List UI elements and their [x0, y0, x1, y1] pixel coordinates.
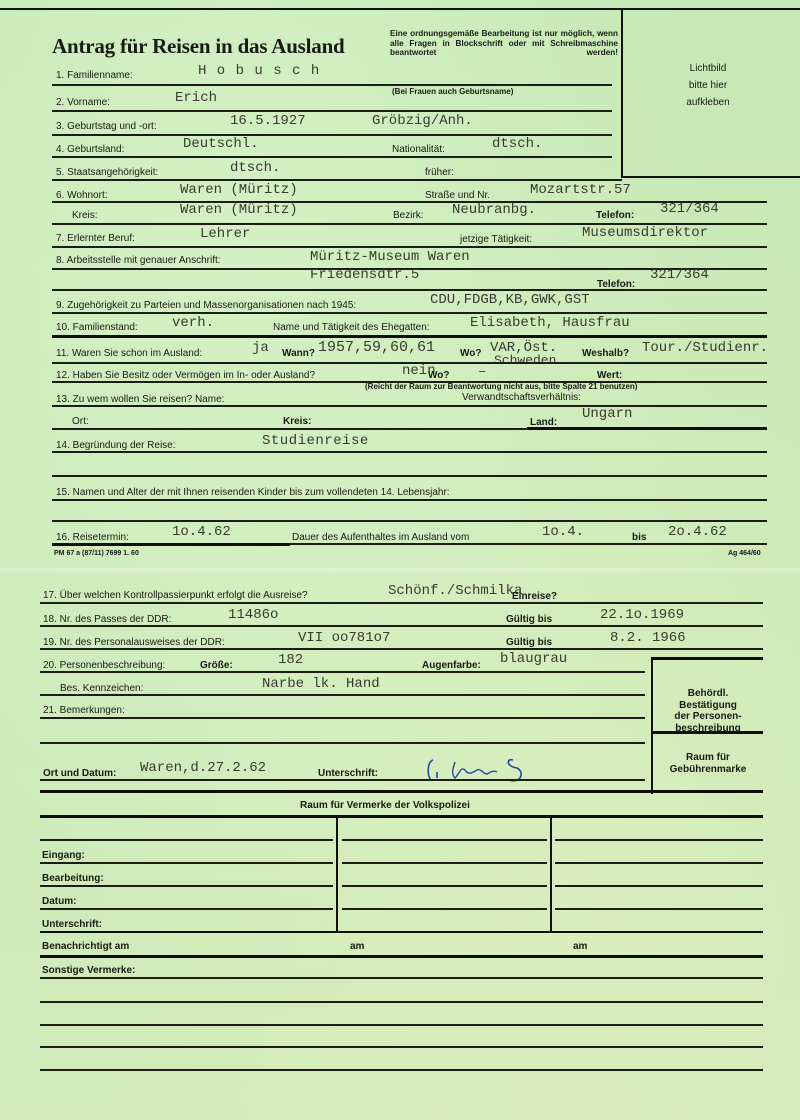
hint-geburtsname: (Bei Frauen auch Geburtsname) [392, 87, 513, 96]
label-dauer: Dauer des Aufenthaltes im Ausland vom [292, 532, 469, 543]
value-ausland[interactable]: ja [252, 340, 269, 356]
label-kreis: Kreis: [72, 210, 98, 221]
label-personenbeschreibung: 20. Personenbeschreibung: [43, 660, 165, 671]
label-wohnort: 6. Wohnort: [56, 190, 108, 201]
label-staatsangehoerigkeit: 5. Staatsangehörigkeit: [56, 167, 158, 178]
line [40, 779, 645, 781]
label-geburtstag: 3. Geburtstag und -ort: [56, 121, 157, 132]
line [52, 110, 612, 112]
line [40, 602, 763, 604]
label-ausweis-gueltig: Gültig bis [506, 637, 552, 648]
value-familienstand[interactable]: verh. [172, 315, 214, 331]
value-kreis[interactable]: Waren (Müritz) [180, 202, 298, 218]
label-zugehoerigkeit: 9. Zugehörigkeit zu Parteien und Masseno… [56, 300, 356, 311]
photo-box-text: Lichtbild bitte hier aufkleben [623, 60, 793, 111]
thick-line [40, 790, 763, 793]
line [555, 885, 763, 887]
line [52, 312, 767, 314]
line [555, 839, 763, 841]
line [40, 885, 333, 887]
line [40, 908, 333, 910]
line [40, 625, 763, 627]
label-reiseziel: 13. Zu wem wollen Sie reisen? Name: [56, 394, 224, 405]
line [52, 381, 767, 383]
label-geburtsland: 4. Geburtsland: [56, 144, 124, 155]
value-augenfarbe[interactable]: blaugrau [500, 651, 567, 667]
line [52, 405, 767, 407]
value-bis[interactable]: 2o.4.62 [668, 524, 727, 540]
label-ehegatte: Name und Tätigkeit des Ehegatten: [273, 322, 430, 333]
form-code-right: Ag 464/60 [728, 550, 761, 557]
line [52, 179, 622, 181]
value-besitz-wo[interactable]: – [478, 364, 486, 380]
label-bezirk: Bezirk: [393, 210, 424, 221]
line [40, 671, 645, 673]
line [52, 156, 612, 158]
value-geburtsland[interactable]: Deutschl. [183, 136, 259, 152]
label-frueher: früher: [425, 167, 454, 178]
label-nationalitaet: Nationalität: [392, 144, 445, 155]
value-wann[interactable]: 1957,59,60,61 [318, 339, 435, 356]
value-staatsangehoerigkeit[interactable]: dtsch. [230, 160, 280, 176]
line [52, 289, 767, 291]
line [40, 1046, 763, 1048]
label-unterschrift: Unterschrift: [318, 768, 378, 779]
line [40, 694, 645, 696]
value-ausweis[interactable]: VII oo781o7 [298, 630, 390, 646]
value-pass-gueltig[interactable]: 22.1o.1969 [600, 607, 684, 623]
label-wert: Wert: [597, 370, 622, 381]
line [40, 648, 763, 650]
box-personenbeschreibung: Behördl. Bestätigung der Personen- besch… [654, 688, 762, 734]
label-pass: 18. Nr. des Passes der DDR: [43, 614, 171, 625]
line [40, 717, 645, 719]
label-ausweis: 19. Nr. des Personalausweises der DDR: [43, 637, 225, 648]
label-bemerkungen: 21. Bemerkungen: [43, 705, 125, 716]
value-wohnort[interactable]: Waren (Müritz) [180, 182, 298, 198]
photo-box: Lichtbild bitte hier aufkleben [621, 8, 800, 178]
police-am-1: am [350, 941, 364, 952]
value-telefon-arbeit[interactable]: 321/364 [650, 267, 709, 283]
thick-line [52, 543, 290, 546]
value-taetigkeit[interactable]: Museumsdirektor [582, 225, 708, 241]
label-beruf: 7. Erlernter Beruf: [56, 233, 135, 244]
line [40, 839, 333, 841]
label-ausland: 11. Waren Sie schon im Ausland: [56, 348, 202, 359]
value-von[interactable]: 1o.4. [542, 524, 584, 540]
label-wann: Wann? [282, 348, 315, 359]
signature-icon [425, 752, 545, 786]
thick-line [52, 335, 767, 338]
police-title: Raum für Vermerke der Volkspolizei [300, 800, 470, 811]
value-wo-2[interactable]: Schweden [494, 353, 556, 368]
hint-spalte21: (Reicht der Raum zur Beantwortung nicht … [365, 382, 637, 391]
form-title: Antrag für Reisen in das Ausland [52, 34, 345, 59]
line [52, 499, 767, 501]
value-vorname[interactable]: Erich [175, 90, 217, 106]
line [40, 742, 645, 744]
value-geburtstag[interactable]: 16.5.1927 [230, 113, 306, 129]
label-kinder: 15. Namen und Alter der mit Ihnen reisen… [56, 487, 450, 498]
value-pass[interactable]: 11486o [228, 607, 278, 623]
line [52, 451, 767, 453]
label-ort-datum: Ort und Datum: [43, 768, 116, 779]
line [40, 1069, 763, 1071]
line [40, 862, 333, 864]
value-strasse[interactable]: Mozartstr.57 [530, 182, 631, 198]
value-beruf[interactable]: Lehrer [200, 226, 250, 242]
line [342, 862, 547, 864]
label-telefon: Telefon: [596, 210, 634, 221]
line [342, 908, 547, 910]
label-groesse: Größe: [200, 660, 233, 671]
police-row-unterschrift: Unterschrift: [42, 919, 102, 930]
label-begruendung: 14. Begründung der Reise: [56, 440, 176, 451]
label-kontrollpunkt: 17. Über welchen Kontrollpassierpunkt er… [43, 590, 308, 601]
label-einreise: Einreise? [512, 591, 557, 602]
value-bezirk[interactable]: Neubranbg. [452, 202, 536, 218]
fold-line [0, 568, 800, 576]
thick-line [651, 731, 763, 734]
label-familienstand: 10. Familienstand: [56, 322, 138, 333]
police-benachrichtigt: Benachrichtigt am [42, 941, 129, 952]
label-pass-gueltig: Gültig bis [506, 614, 552, 625]
label-augenfarbe: Augenfarbe: [422, 660, 481, 671]
line [52, 520, 767, 522]
value-begruendung[interactable]: Studienreise [262, 433, 369, 449]
column-divider [550, 817, 552, 932]
value-reisetermin[interactable]: 1o.4.62 [172, 524, 231, 540]
line [52, 475, 767, 477]
police-row-bearbeitung: Bearbeitung: [42, 873, 104, 884]
value-land[interactable]: Ungarn [582, 406, 632, 422]
line [52, 428, 527, 430]
label-strasse: Straße und Nr. [425, 190, 490, 201]
police-am-2: am [573, 941, 587, 952]
value-groesse[interactable]: 182 [278, 652, 303, 668]
police-sonstige: Sonstige Vermerke: [42, 965, 135, 976]
label-ort: Ort: [72, 416, 89, 427]
thick-line [40, 955, 763, 958]
label-familienname: 1. Familienname: [56, 70, 133, 81]
police-row-eingang: Eingang: [42, 850, 85, 861]
label-taetigkeit: jetzige Tätigkeit: [460, 234, 532, 245]
value-telefon[interactable]: 321/364 [660, 201, 719, 217]
label-besitz-wo: Wo? [428, 370, 449, 381]
label-weshalb: Weshalb? [582, 348, 629, 359]
value-ort-datum[interactable]: Waren,d.27.2.62 [140, 760, 266, 776]
line [40, 977, 763, 979]
label-verwandtschaft: Verwandtschaftsverhältnis: [462, 392, 581, 403]
line [290, 543, 767, 545]
column-divider [336, 817, 338, 932]
label-arbeitsstelle: 8. Arbeitsstelle mit genauer Anschrift: [56, 255, 221, 266]
line [52, 246, 767, 248]
line [52, 84, 612, 86]
line [342, 839, 547, 841]
line [40, 1024, 763, 1026]
line [555, 908, 763, 910]
box-border [651, 657, 653, 794]
value-geburtsort[interactable]: Gröbzig/Anh. [372, 113, 473, 129]
label-kennzeichen: Bes. Kennzeichen: [60, 683, 143, 694]
value-arbeitsstelle-2[interactable]: Friedensdtr.5 [310, 267, 419, 283]
value-kontrollpunkt[interactable]: Schönf./Schmilka [388, 583, 522, 599]
thick-line [651, 657, 763, 660]
label-wo: Wo? [460, 348, 481, 359]
thick-line [40, 931, 763, 933]
form-notice: Eine ordnungsgemäße Bearbeitung ist nur … [390, 29, 618, 58]
label-vorname: 2. Vorname: [56, 97, 110, 108]
label-bis: bis [632, 532, 646, 543]
value-weshalb[interactable]: Tour./Studienr. [642, 340, 768, 356]
line [555, 862, 763, 864]
value-ehegatte[interactable]: Elisabeth, Hausfrau [470, 315, 630, 331]
line [40, 1001, 763, 1003]
line [342, 885, 547, 887]
value-zugehoerigkeit[interactable]: CDU,FDGB,KB,GWK,GST [430, 292, 590, 308]
label-reise-kreis: Kreis: [283, 416, 311, 427]
value-familienname[interactable]: H o b u s c h [198, 63, 320, 79]
value-nationalitaet[interactable]: dtsch. [492, 136, 542, 152]
thick-line [527, 427, 767, 430]
value-ausweis-gueltig[interactable]: 8.2. 1966 [610, 630, 686, 646]
form-code-left: PM 67 a (87/11) 7699 1. 60 [54, 550, 139, 557]
label-reisetermin: 16. Reisetermin: [56, 532, 129, 543]
label-besitz: 12. Haben Sie Besitz oder Vermögen im In… [56, 370, 315, 381]
box-gebuehrenmarke: Raum für Gebührenmarke [654, 752, 762, 775]
police-row-datum: Datum: [42, 896, 76, 907]
thick-line [40, 815, 763, 818]
value-kennzeichen[interactable]: Narbe lk. Hand [262, 676, 380, 692]
value-arbeitsstelle-1[interactable]: Müritz-Museum Waren [310, 249, 470, 265]
